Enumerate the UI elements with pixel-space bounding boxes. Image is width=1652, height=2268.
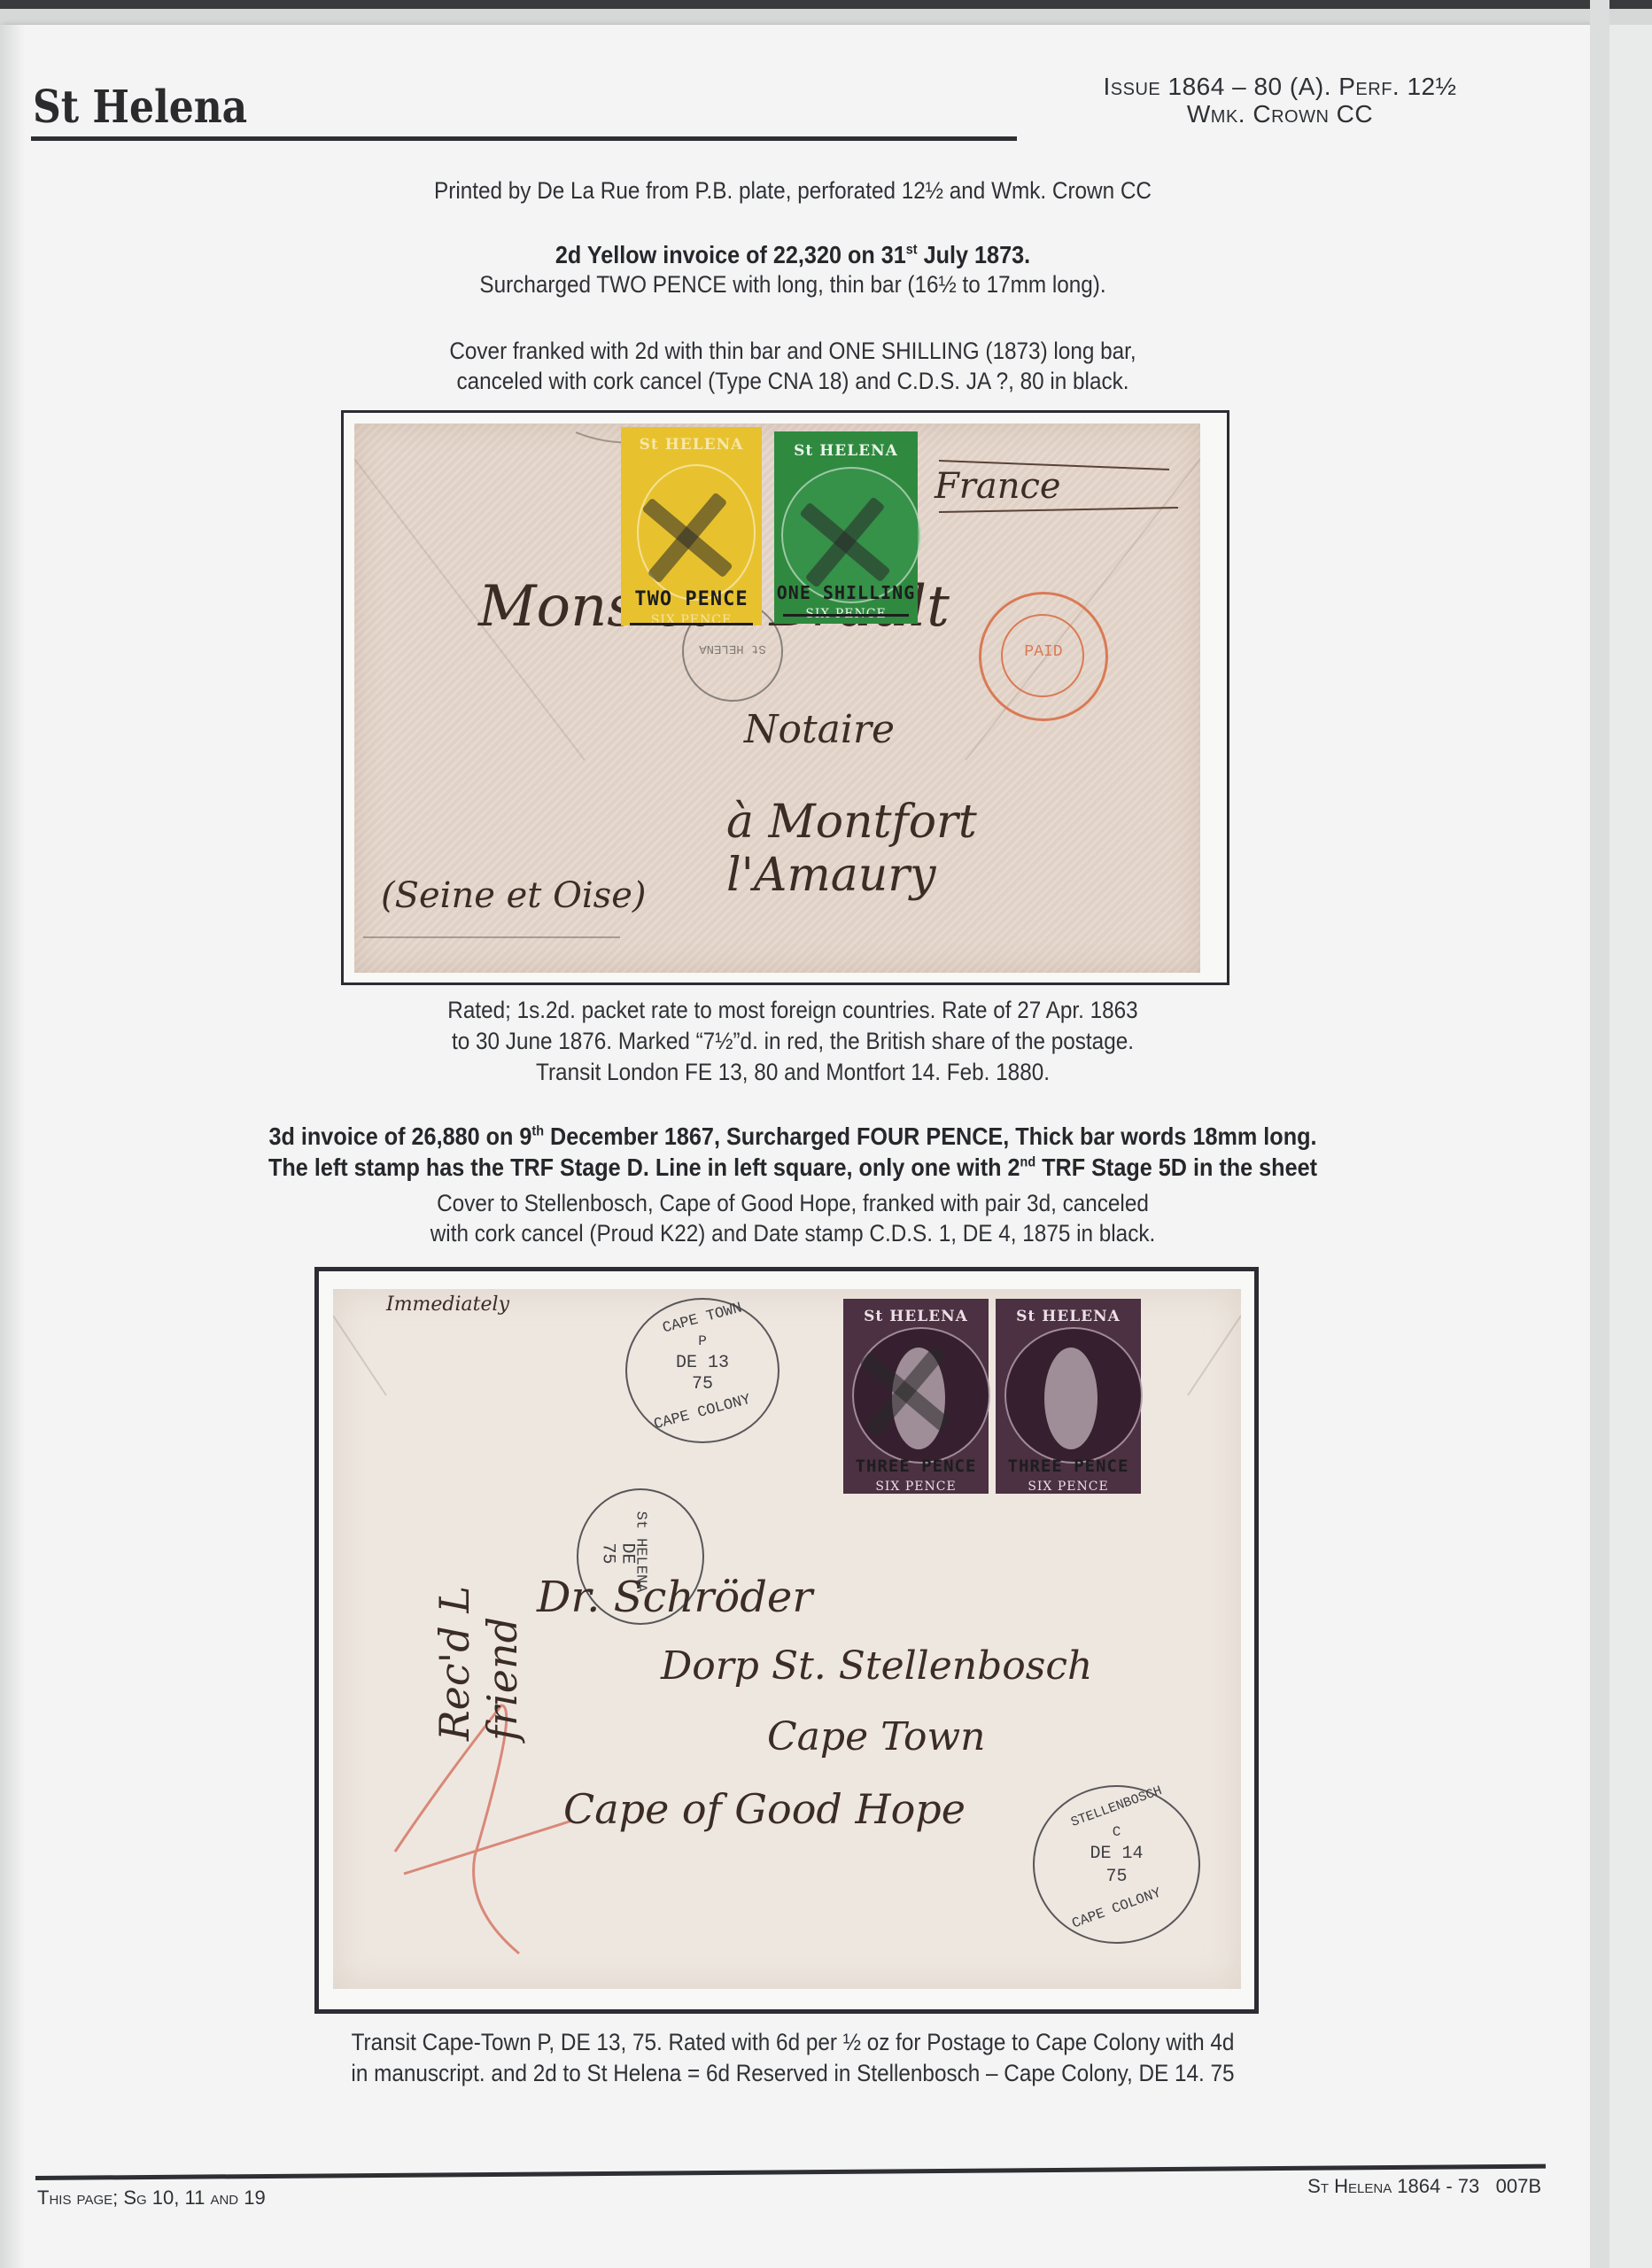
cover2-caption-1: Transit Cape-Town P, DE 13, 75. Rated wi… [207, 2029, 1379, 2056]
section2-heading-1: 3d invoice of 26,880 on 9th December 186… [207, 1122, 1379, 1151]
scan-top-edge [0, 0, 1652, 9]
manuscript-country: Cape of Good Hope [563, 1785, 966, 1833]
cover1-description-1: Cover franked with 2d with thin bar and … [207, 338, 1379, 365]
cover2-description-1: Cover to Stellenbosch, Cape of Good Hope… [207, 1190, 1379, 1217]
st-helena-postmark: St HELENA DE 75 [577, 1488, 704, 1625]
cover1-caption-2: to 30 June 1876. Marked “7½”d. in red, t… [207, 1028, 1379, 1055]
header-rule [31, 136, 1017, 141]
cover1-description-2: canceled with cork cancel (Type CNA 18) … [207, 368, 1379, 395]
section2-heading-2: The left stamp has the TRF Stage D. Line… [207, 1153, 1379, 1182]
page-right-edge [1590, 0, 1609, 2268]
intro-text: Printed by De La Rue from P.B. plate, pe… [207, 177, 1379, 205]
cover2-description-2: with cork cancel (Proud K22) and Date st… [207, 1220, 1379, 1247]
cover2-caption-2: in manuscript. and 2d to St Helena = 6d … [207, 2060, 1379, 2087]
issue-line-1: Issue 1864 – 80 (A). Perf. 12½ [1045, 73, 1515, 101]
cover1-caption-3: Transit London FE 13, 80 and Montfort 14… [207, 1059, 1379, 1086]
overprint-text: THREE PENCE [996, 1456, 1141, 1476]
issue-line-2: Wmk. Crown CC [1045, 100, 1515, 128]
manuscript-route: France [935, 466, 1061, 507]
footer-left: This page; Sg 10, 11 and 19 [37, 2186, 266, 2210]
page-left-shadow [0, 25, 25, 2268]
cover1-caption-1: Rated; 1s.2d. packet rate to most foreig… [207, 997, 1379, 1024]
footer-right: St Helena 1864 - 73 007B [1222, 2175, 1541, 2198]
surcharge-bar [783, 614, 909, 617]
stamp-one-shilling-green: St HELENA ONE SHILLING SIX PENCE [771, 428, 921, 627]
manuscript-town: à Montfort l'Amaury [726, 796, 1200, 902]
manuscript-rate: 4 [457, 1732, 559, 1917]
manuscript-title: Notaire [744, 707, 895, 752]
scan-top-margin [0, 9, 1652, 25]
overprint-text: TWO PENCE [621, 588, 762, 610]
stellenbosch-postmark: STELLENBOSCH C DE 14 75 CAPE COLONY [1033, 1785, 1200, 1944]
overprint-text: ONE SHILLING [774, 582, 918, 603]
queen-portrait [1044, 1348, 1097, 1449]
page-title: St Helena [33, 82, 247, 134]
cork-cancel [796, 493, 894, 591]
section1-heading: 2d Yellow invoice of 22,320 on 31st July… [207, 241, 1379, 269]
red-transit-postmark: PAID [979, 592, 1108, 721]
section1-subheading: Surcharged TWO PENCE with long, thin bar… [207, 271, 1379, 299]
manuscript-town: Cape Town [767, 1714, 986, 1759]
stamp-two-pence-yellow: St HELENA TWO PENCE SIX PENCE [617, 423, 765, 629]
manuscript-note: Immediately [386, 1293, 509, 1316]
surcharge-bar [630, 623, 753, 625]
manuscript-side-note: Rec'd L friend [430, 1457, 484, 1741]
manuscript-department: (Seine et Oise) [381, 875, 646, 916]
cork-cancel [857, 1343, 954, 1441]
stamp-three-pence-left: St HELENA THREE PENCE SIX PENCE [840, 1295, 992, 1497]
cork-cancel [639, 489, 736, 586]
overprint-text: THREE PENCE [843, 1456, 989, 1476]
cape-town-postmark: CAPE TOWN P DE 13 75 CAPE COLONY [625, 1298, 779, 1443]
stamp-three-pence-right: St HELENA THREE PENCE SIX PENCE [992, 1295, 1144, 1497]
manuscript-street: Dorp St. Stellenbosch [661, 1643, 1092, 1689]
